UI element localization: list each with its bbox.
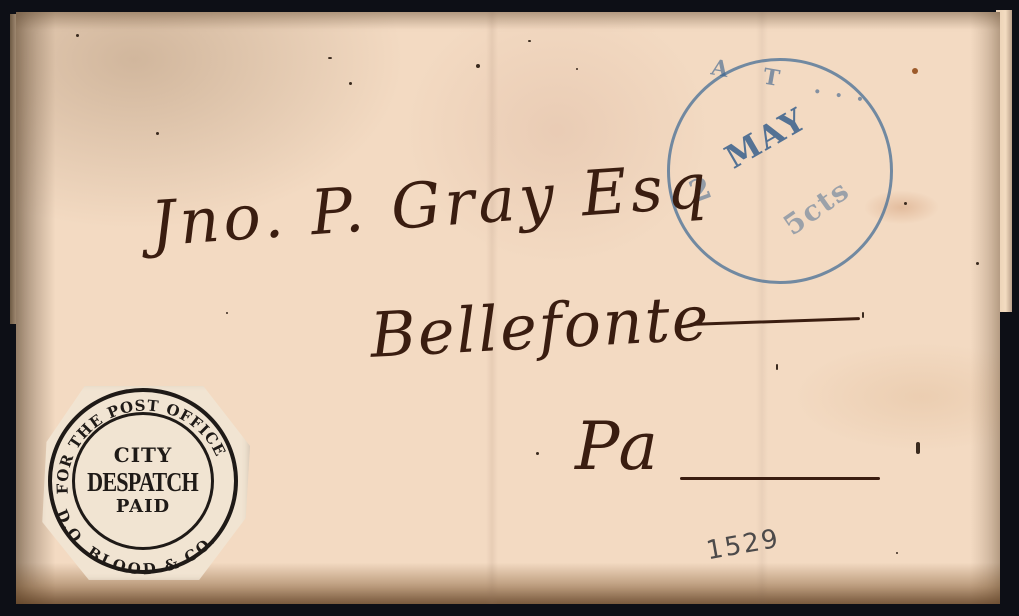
postmark-rate: 5cts	[777, 173, 856, 242]
label-center-text: CITY DESPATCH PAID	[72, 412, 214, 550]
scene: A T ... MAY 2 5cts Jno. P. Gray Esq Bell…	[0, 0, 1019, 616]
label-paid: PAID	[116, 498, 170, 517]
address-state: Pa	[575, 408, 660, 485]
label-despatch: DESPATCH	[88, 468, 199, 496]
postmark-month: MAY	[718, 100, 813, 177]
label-city: CITY	[114, 445, 172, 466]
state-underline-flourish	[680, 477, 880, 480]
city-despatch-stamp-label: FOR THE POST OFFICE D.O. BLOOD & CO. CIT…	[38, 382, 250, 582]
